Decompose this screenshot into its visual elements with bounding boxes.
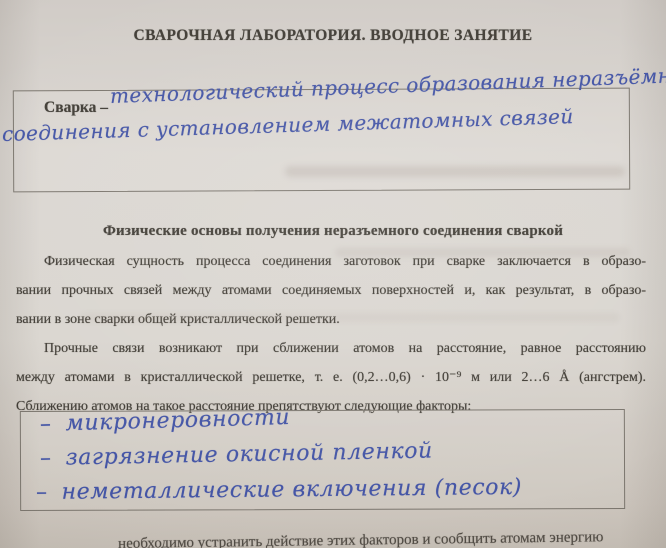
paragraph-physical-essence: Физическая сущность процесса соединения … [16,247,646,334]
paragraph-line: между атомами в кристаллической решетке,… [16,363,646,392]
paragraph-line: Прочные связи возникают при сближении ат… [16,334,646,363]
list-dash-marker: – [36,480,48,505]
page-title: СВАРОЧНАЯ ЛАБОРАТОРИЯ. ВВОДНОЕ ЗАНЯТИЕ [0,27,666,45]
handwritten-factor-item: – неметаллические включения (песок) [36,475,522,505]
list-dash-marker: – [40,446,52,471]
paragraph-line: вании в зоне сварки общей кристаллическо… [16,305,646,334]
bottom-cutoff-text: необходимо устранить действие этих факто… [118,529,604,548]
section-heading: Физические основы получения неразъемного… [0,223,666,240]
photographed-workbook-page: СВАРОЧНАЯ ЛАБОРАТОРИЯ. ВВОДНОЕ ЗАНЯТИЕ С… [0,0,666,548]
paragraph-line: вании прочных связей между атомами соеди… [16,276,646,305]
paragraph-strong-bonds: Прочные связи возникают при сближении ат… [16,334,646,421]
definition-term-label: Сварка – [44,99,108,117]
list-dash-marker: – [40,412,52,437]
factor-text: неметаллические включения (песок) [61,475,522,505]
paragraph-line: Физическая сущность процесса соединения … [16,247,646,276]
